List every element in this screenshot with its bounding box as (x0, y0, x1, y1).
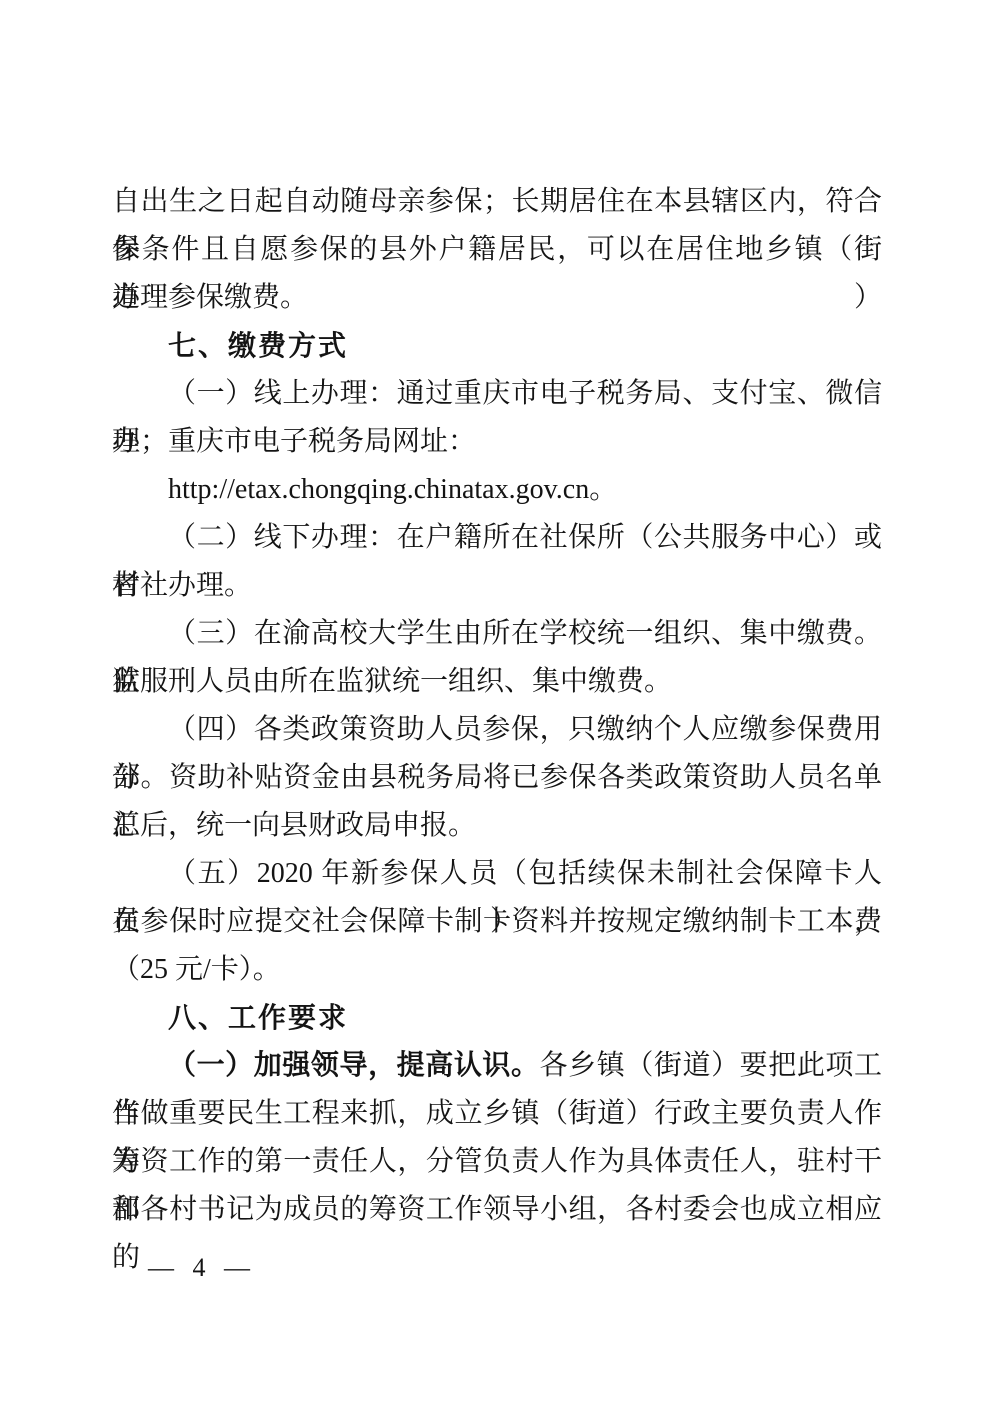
paragraph-line: （三）在渝高校大学生由所在学校统一组织、集中缴费。监 (112, 610, 882, 658)
bold-run: （一）加强领导，提高认识。 (168, 1050, 540, 1081)
paragraph-line: （五）2020 年新参保人员（包括续保未制社会保障卡人员）， (112, 850, 882, 898)
paragraph-line: 狱服刑人员由所在监狱统一组织、集中缴费。 (112, 658, 882, 706)
paragraph-line: 分。资助补贴资金由县税务局将已参保各类政策资助人员名单汇 (112, 754, 882, 802)
paragraph-line: 和各村书记为成员的筹资工作领导小组，各村委会也成立相应的 (112, 1186, 882, 1234)
paragraph-line: 当做重要民生工程来抓，成立乡镇（街道）行政主要负责人作为 (112, 1090, 882, 1138)
section-heading-8: 八、工作要求 (112, 994, 882, 1042)
paragraph-line: （一）加强领导，提高认识。各乡镇（街道）要把此项工作 (112, 1042, 882, 1090)
paragraph-line: （四）各类政策资助人员参保，只缴纳个人应缴参保费用部 (112, 706, 882, 754)
paragraph-line: 保条件且自愿参保的县外户籍居民，可以在居住地乡镇（街道） (112, 226, 882, 274)
paragraph-line: 筹资工作的第一责任人，分管负责人作为具体责任人，驻村干部 (112, 1138, 882, 1186)
document-body: 自出生之日起自动随母亲参保；长期居住在本县辖区内，符合参 保条件且自愿参保的县外… (112, 178, 882, 1234)
paragraph-line: （25 元/卡）。 (112, 946, 882, 994)
paragraph-line: （一）线上办理：通过重庆市电子税务局、支付宝、微信办 (112, 370, 882, 418)
paragraph-line: 自出生之日起自动随母亲参保；长期居住在本县辖区内，符合参 (112, 178, 882, 226)
paragraph-line: 在参保时应提交社会保障卡制卡资料并按规定缴纳制卡工本费 (112, 898, 882, 946)
page-number: — 4 — (148, 1248, 256, 1288)
paragraph-line: 理；重庆市电子税务局网址： (112, 418, 882, 466)
document-page: 自出生之日起自动随母亲参保；长期居住在本县辖区内，符合参 保条件且自愿参保的县外… (0, 0, 992, 1403)
paragraph-line: （二）线下办理：在户籍所在社保所（公共服务中心）或者 (112, 514, 882, 562)
section-heading-7: 七、缴费方式 (112, 322, 882, 370)
url-line: http://etax.chongqing.chinatax.gov.cn。 (112, 466, 882, 514)
paragraph-line: 村社办理。 (112, 562, 882, 610)
paragraph-line: 总后，统一向县财政局申报。 (112, 802, 882, 850)
